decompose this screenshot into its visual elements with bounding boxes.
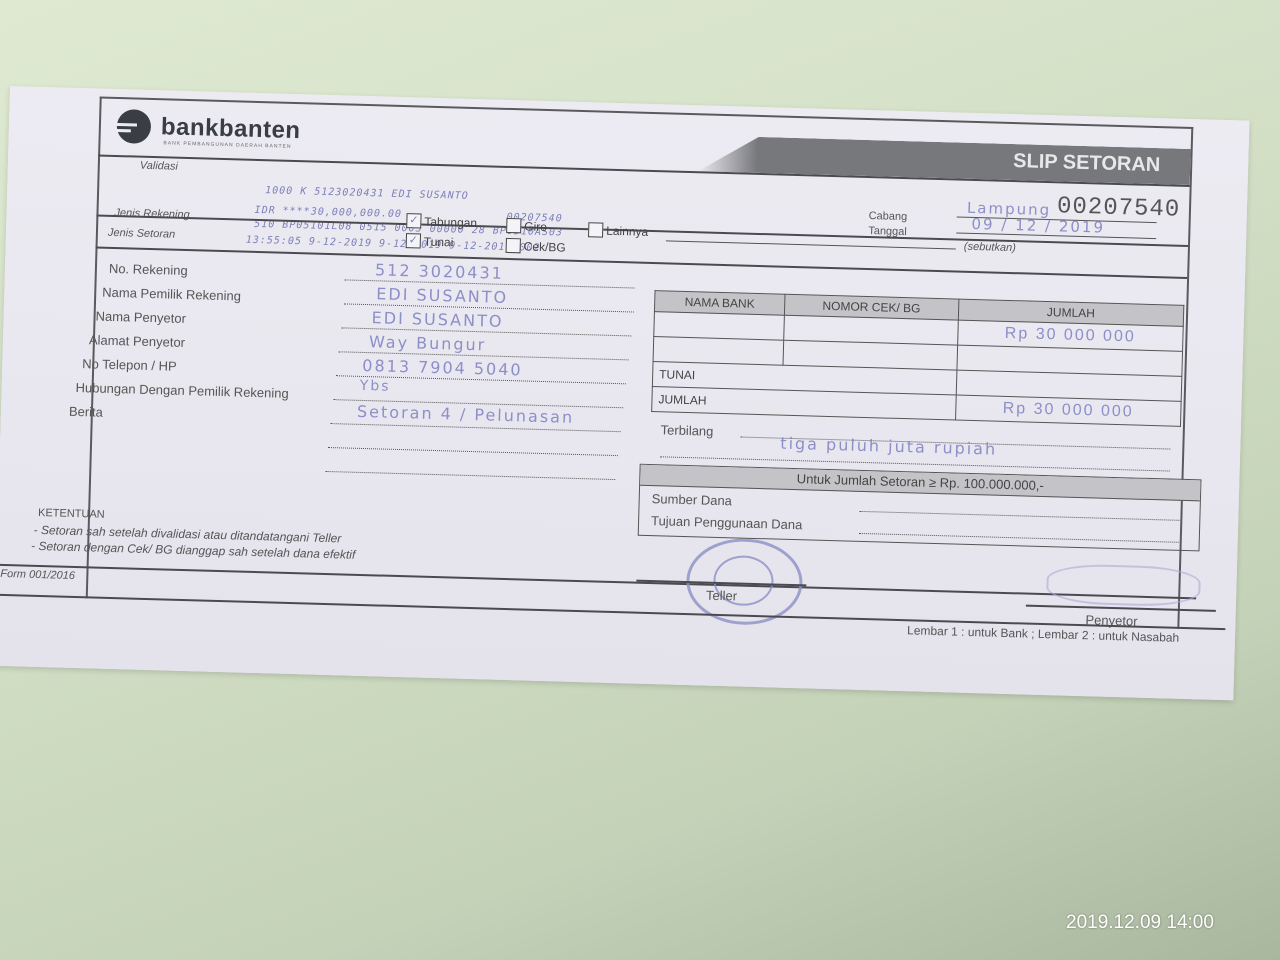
nama-pemilik-value: EDI SUSANTO [376, 284, 508, 307]
validasi-label: Validasi [140, 160, 178, 173]
checkbox-cek-bg[interactable]: Cek/BG [506, 238, 566, 255]
bank-logo-icon [116, 109, 151, 144]
checkbox-tunai[interactable]: ✓Tunai [406, 233, 454, 249]
cheque-table: NAMA BANK NOMOR CEK/ BG JUMLAH Rp 30 000… [651, 290, 1184, 427]
photo-timestamp: 2019.12.09 14:00 [1066, 912, 1214, 934]
slip-title: SLIP SETORAN [1013, 150, 1161, 177]
jenis-rekening-label: Jenis Rekening [114, 207, 190, 221]
alamat-value: Way Bungur [369, 332, 487, 354]
jenis-setoran-label: Jenis Setoran [108, 227, 176, 241]
checkbox-giro[interactable]: Giro [506, 218, 547, 234]
field-label: Nama Penyetor [95, 308, 186, 326]
checkbox-lainnya[interactable]: Lainnya [588, 222, 648, 239]
tujuan-label: Tujuan Penggunaan Dana [651, 513, 803, 532]
field-label: Alamat Penyetor [89, 332, 185, 350]
field-label: No Telepon / HP [82, 356, 177, 374]
deposit-slip: bankbanten BANK PEMBANGUNAN DAERAH BANTE… [0, 86, 1250, 700]
sumber-dana-label: Sumber Dana [652, 491, 733, 508]
form-code: Form 001/2016 [0, 568, 75, 582]
no-rekening-value: 512 3020431 [375, 260, 504, 283]
hubungan-value: Ybs [360, 378, 391, 395]
nama-penyetor-value: EDI SUSANTO [371, 308, 503, 331]
cabang-label: Cabang [869, 210, 908, 223]
checkbox-tabungan[interactable]: ✓Tabungan [406, 213, 477, 230]
teller-label: Teller [706, 588, 737, 604]
field-label: Berita [69, 404, 103, 420]
field-label: No. Rekening [109, 261, 188, 278]
sebutkan-label: (sebutkan) [964, 241, 1016, 254]
terbilang-label: Terbilang [660, 422, 713, 438]
ketentuan-title: KETENTUAN [38, 507, 105, 521]
